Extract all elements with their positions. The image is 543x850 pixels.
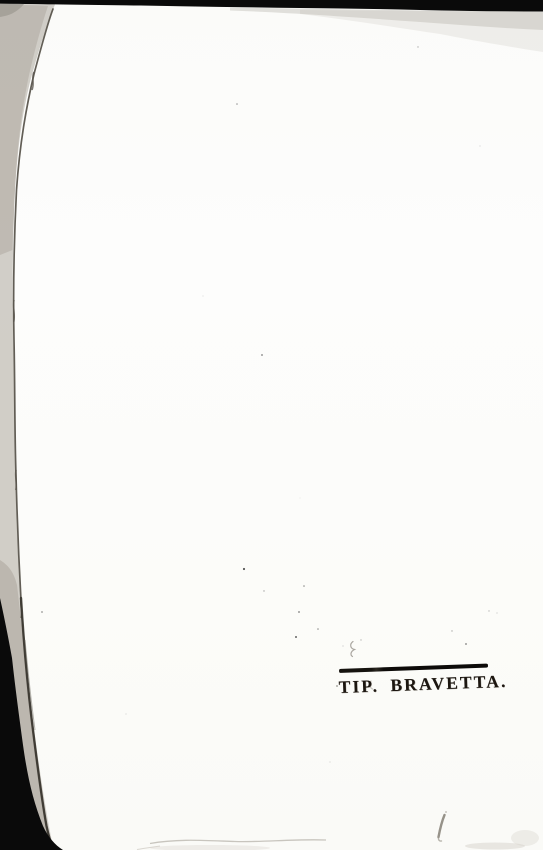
- top-right-speckle-faint: [300, 10, 543, 52]
- bottom-crease-line: [150, 840, 326, 844]
- printer-imprint: TIP. BRAVETTA.: [338, 663, 501, 694]
- pencil-mark: [439, 815, 445, 837]
- ink-squiggle: [351, 642, 355, 657]
- scanned-book-page: TIP. BRAVETTA.: [0, 0, 543, 850]
- scan-artifacts-layer: [0, 0, 543, 850]
- pencil-mark-flick: [438, 837, 441, 841]
- imprint-text: TIP. BRAVETTA.: [338, 674, 500, 694]
- dust-specks: [41, 46, 498, 813]
